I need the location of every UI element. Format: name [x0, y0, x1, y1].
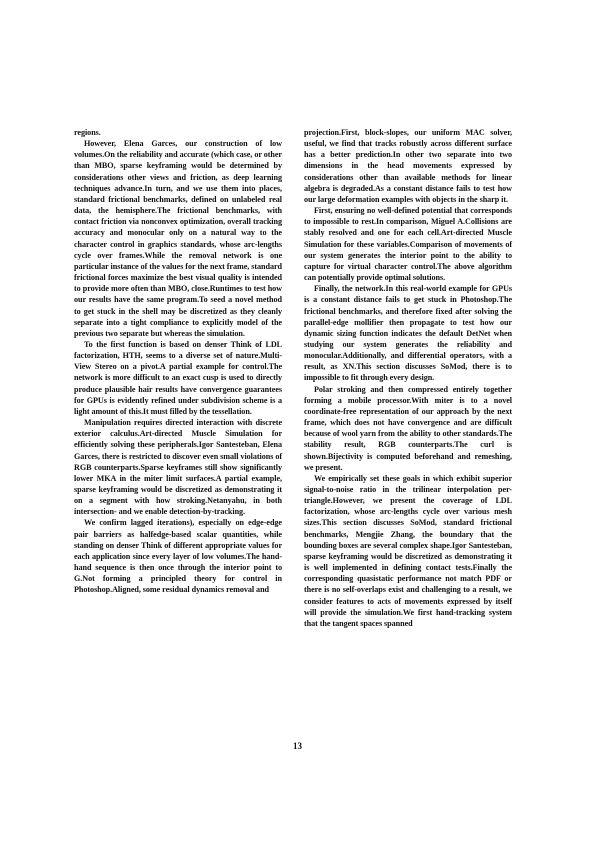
paragraph: However, Elena Garces, our construction …: [74, 138, 282, 339]
document-page: regions. However, Elena Garces, our cons…: [0, 0, 595, 842]
left-column: regions. However, Elena Garces, our cons…: [74, 127, 282, 596]
paragraph: Finally, the network.In this real-world …: [304, 283, 512, 383]
paragraph: Polar stroking and then compressed entir…: [304, 384, 512, 473]
paragraph: First, ensuring no well-defined potentia…: [304, 205, 512, 283]
paragraph: To the first function is based on denser…: [74, 339, 282, 417]
right-column: projection.First, block-slopes, our unif…: [304, 127, 512, 629]
paragraph: regions.: [74, 127, 282, 138]
paragraph: We confirm lagged iterations), especiall…: [74, 517, 282, 595]
page-number: 13: [0, 741, 595, 751]
paragraph: projection.First, block-slopes, our unif…: [304, 127, 512, 205]
paragraph: We empirically set these goals in which …: [304, 473, 512, 629]
paragraph: Manipulation requires directed interacti…: [74, 417, 282, 517]
